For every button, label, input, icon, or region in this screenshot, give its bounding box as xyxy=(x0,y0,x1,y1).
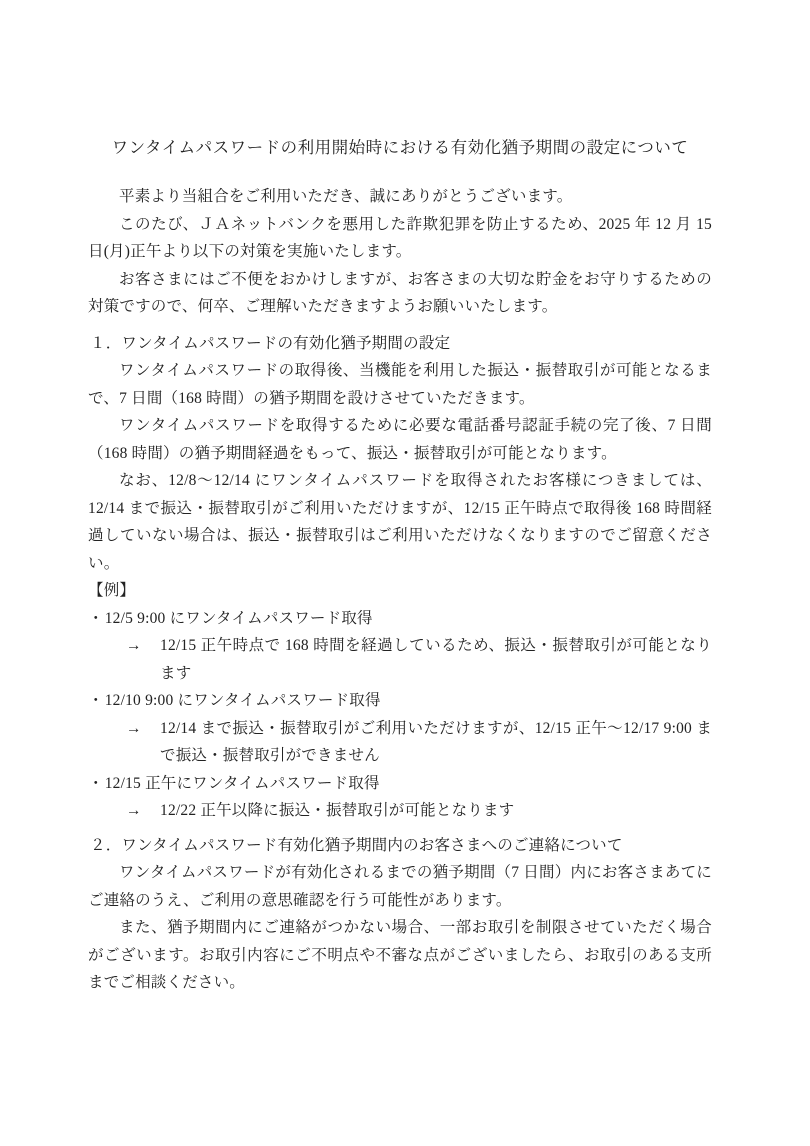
example-arrow-item: →12/14 まで振込・振替取引がご利用いただけますが、12/15 正午～12/… xyxy=(88,715,712,770)
arrow-icon: → xyxy=(126,715,142,743)
arrow-icon: → xyxy=(126,797,142,825)
bullet-marker: ・ xyxy=(88,775,104,792)
example-bullet-text: 12/15 正午にワンタイムパスワード取得 xyxy=(105,775,380,792)
example-section: 【例】 ・12/5 9:00 にワンタイムパスワード取得 →12/15 正午時点… xyxy=(88,577,712,825)
section-grace-period: １．ワンタイムパスワードの有効化猶予期間の設定 ワンタイムパスワードの取得後、当… xyxy=(88,330,712,578)
section-1-paragraph: ワンタイムパスワードを取得するために必要な電話番号認証手続の完了後、7 日間（1… xyxy=(88,412,712,467)
example-bullet-item: ・12/5 9:00 にワンタイムパスワード取得 xyxy=(88,605,712,633)
section-1-heading: １．ワンタイムパスワードの有効化猶予期間の設定 xyxy=(88,330,712,358)
section-1-paragraph: なお、12/8～12/14 にワンタイムパスワードを取得されたお客様につきまして… xyxy=(88,467,712,577)
document-title: ワンタイムパスワードの利用開始時における有効化猶予期間の設定について xyxy=(88,135,712,161)
bullet-marker: ・ xyxy=(88,692,104,709)
example-arrow-item: →12/22 正午以降に振込・振替取引が可能となります xyxy=(88,797,712,825)
section-2-paragraph: また、猶予期間内にご連絡がつかない場合、一部お取引を制限させていただく場合がござ… xyxy=(88,914,712,997)
example-arrow-item: →12/15 正午時点で 168 時間を経過しているため、振込・振替取引が可能と… xyxy=(88,632,712,687)
bullet-marker: ・ xyxy=(88,610,104,627)
arrow-icon: → xyxy=(126,632,142,660)
example-bullet-text: 12/10 9:00 にワンタイムパスワード取得 xyxy=(105,692,381,709)
example-heading: 【例】 xyxy=(88,577,712,605)
section-2-heading: ２．ワンタイムパスワード有効化猶予期間内のお客さまへのご連絡について xyxy=(88,832,712,860)
document-page: ワンタイムパスワードの利用開始時における有効化猶予期間の設定について 平素より当… xyxy=(0,0,810,1146)
intro-section: 平素より当組合をご利用いただき、誠にありがとうございます。 このたび、ＪＡネット… xyxy=(88,183,712,321)
example-arrow-text: 12/14 まで振込・振替取引がご利用いただけますが、12/15 正午～12/1… xyxy=(160,720,712,765)
section-1-paragraph: ワンタイムパスワードの取得後、当機能を利用した振込・振替取引が可能となるまで、7… xyxy=(88,357,712,412)
example-arrow-text: 12/15 正午時点で 168 時間を経過しているため、振込・振替取引が可能とな… xyxy=(160,637,712,682)
example-bullet-item: ・12/10 9:00 にワンタイムパスワード取得 xyxy=(88,687,712,715)
example-bullet-item: ・12/15 正午にワンタイムパスワード取得 xyxy=(88,770,712,798)
section-contact: ２．ワンタイムパスワード有効化猶予期間内のお客さまへのご連絡について ワンタイム… xyxy=(88,832,712,997)
example-bullet-text: 12/5 9:00 にワンタイムパスワード取得 xyxy=(105,610,373,627)
intro-paragraph: 平素より当組合をご利用いただき、誠にありがとうございます。 xyxy=(88,183,712,211)
intro-paragraph: このたび、ＪＡネットバンクを悪用した詐欺犯罪を防止するため、2025 年 12 … xyxy=(88,211,712,266)
intro-paragraph: お客さまにはご不便をおかけしますが、お客さまの大切な貯金をお守りするための対策で… xyxy=(88,266,712,321)
section-2-paragraph: ワンタイムパスワードが有効化されるまでの猶予期間（7 日間）内にお客さまあてにご… xyxy=(88,859,712,914)
example-arrow-text: 12/22 正午以降に振込・振替取引が可能となります xyxy=(160,802,514,819)
